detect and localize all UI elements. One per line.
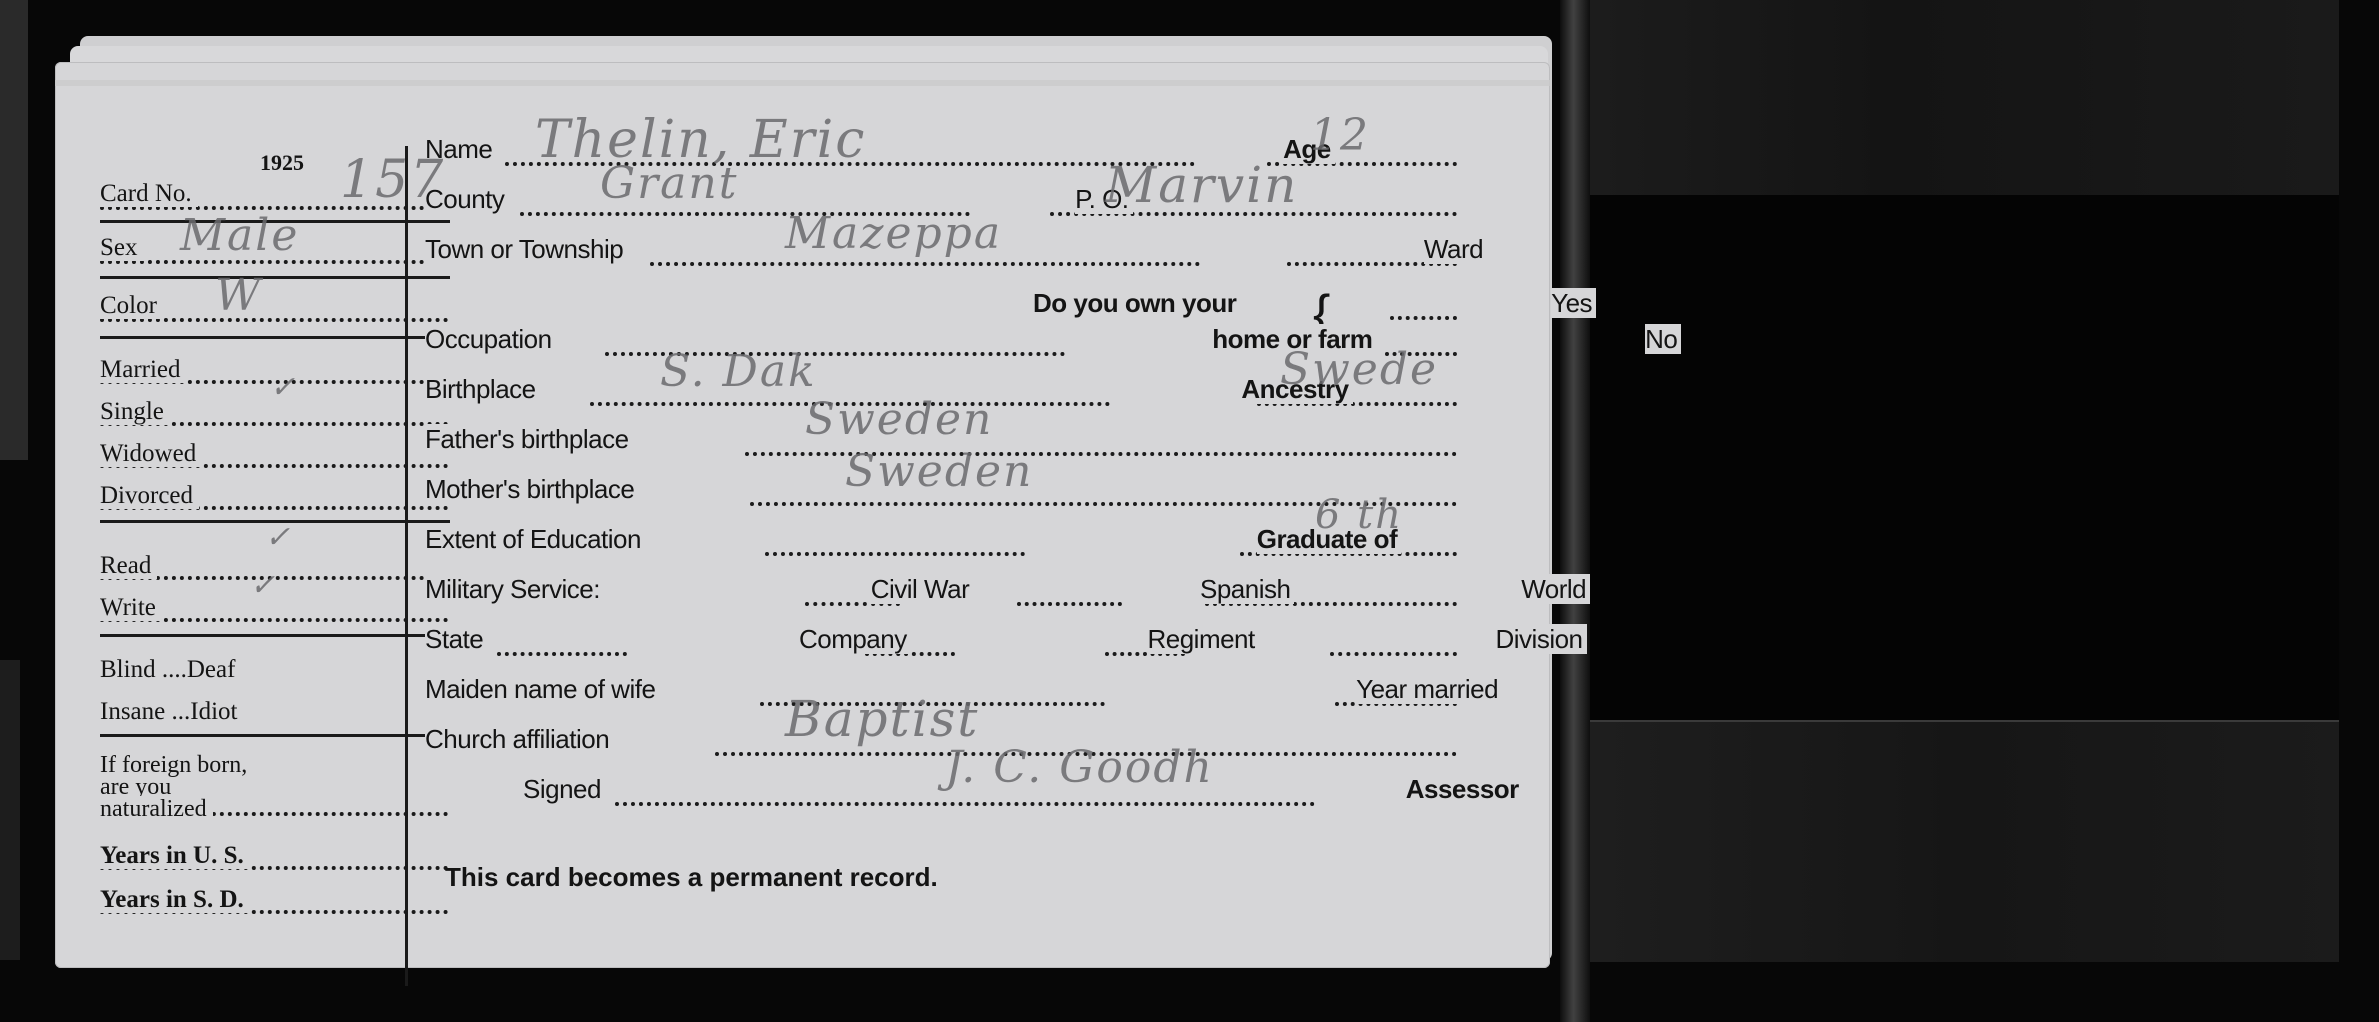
divorced-field: Divorced [100, 482, 448, 516]
divider [100, 734, 450, 737]
education-row: Extent of Education Graduate of [425, 524, 1465, 564]
year-married-label: Year married [1356, 674, 1502, 704]
assessor-signature: J. C. Goodh [945, 742, 1214, 793]
write-checkmark: ✓ [250, 568, 277, 603]
signed-label: Signed [523, 774, 605, 804]
mother-birthplace-label: Mother's birthplace [425, 474, 638, 504]
birthplace-label: Birthplace [425, 374, 540, 404]
world-label: World [1521, 574, 1590, 604]
permanent-record-notice: This card becomes a permanent record. [445, 862, 938, 893]
company-label: Company [799, 624, 911, 654]
father-birthplace-label: Father's birthplace [425, 424, 633, 454]
age-value: 12 [1310, 110, 1370, 161]
insane-idiot-field: Insane ...Idiot [100, 698, 448, 732]
left-edge-strip [0, 0, 28, 460]
own-home-row-1: Do you own your { Yes [425, 288, 1465, 328]
column-divider [405, 146, 408, 986]
divorced-label: Divorced [100, 482, 199, 509]
graduate-of-value: 6 th [1315, 492, 1403, 538]
sex-label: Sex [100, 234, 144, 261]
military-label: Military Service: [425, 574, 604, 604]
po-value: Marvin [1105, 156, 1298, 214]
married-label: Married [100, 356, 187, 383]
background-band-middle [1590, 195, 2339, 720]
state-company-row: State Company Regiment Division [425, 624, 1465, 664]
own-home-label: Do you own your [1033, 288, 1240, 318]
divider [100, 336, 450, 339]
spanish-label: Spanish [1200, 574, 1294, 604]
town-label: Town or Township [425, 234, 627, 264]
divider [100, 634, 450, 637]
years-sd-field: Years in S. D. [100, 886, 448, 920]
church-label: Church affiliation [425, 724, 613, 754]
county-value: Grant [600, 158, 738, 209]
background-band-lower [1590, 720, 2339, 962]
regiment-label: Regiment [1147, 624, 1258, 654]
church-value: Baptist [785, 690, 979, 748]
birthplace-value: S. Dak [660, 346, 817, 397]
insane-idiot-label: Insane ...Idiot [100, 698, 243, 725]
card-year: 1925 [260, 150, 304, 176]
ward-label: Ward [1424, 234, 1487, 264]
write-label: Write [100, 594, 162, 621]
father-birthplace-value: Sweden [805, 394, 993, 445]
assessor-label: Assessor [1406, 774, 1523, 804]
naturalized-label-1: If foreign born, [100, 754, 448, 776]
civil-war-label: Civil War [871, 574, 974, 604]
read-checkmark: ✓ [265, 520, 292, 555]
education-label: Extent of Education [425, 524, 645, 554]
widowed-field: Widowed [100, 440, 448, 474]
card-no-label: Card No. [100, 180, 198, 207]
own-home-yes: Yes [1551, 288, 1596, 318]
own-home-no: No [1645, 324, 1681, 354]
card-stack-edge [1560, 0, 1590, 1022]
maiden-name-label: Maiden name of wife [425, 674, 659, 704]
single-label: Single [100, 398, 170, 425]
naturalized-field: If foreign born, are you naturalized [100, 754, 448, 820]
years-sd-label: Years in S. D. [100, 886, 250, 913]
years-us-label: Years in U. S. [100, 842, 250, 869]
divider [100, 276, 450, 279]
card-no-value: 157 [340, 150, 445, 210]
state-label: State [425, 624, 487, 654]
division-label: Division [1495, 624, 1586, 654]
naturalized-label-2: are you [100, 776, 448, 798]
card-top-crease [55, 80, 1550, 86]
color-label: Color [100, 292, 163, 319]
blind-deaf-field: Blind ....Deaf [100, 656, 448, 690]
occupation-label: Occupation [425, 324, 556, 354]
ancestry-value: Swede [1280, 344, 1438, 395]
color-field: Color [100, 292, 448, 328]
military-row: Military Service: Civil War Spanish Worl… [425, 574, 1465, 614]
left-edge-strip-lower [0, 660, 20, 960]
blind-deaf-label: Blind ....Deaf [100, 656, 241, 683]
widowed-label: Widowed [100, 440, 202, 467]
color-value: W [215, 270, 262, 321]
sex-value: Male [180, 210, 299, 261]
census-card: 1925 Card No. 157 Sex Male Color W Marri… [55, 62, 1550, 968]
single-checkmark: ✓ [270, 370, 297, 405]
years-us-field: Years in U. S. [100, 842, 448, 876]
read-label: Read [100, 552, 157, 579]
naturalized-label-3: naturalized [100, 796, 213, 822]
town-value: Mazeppa [785, 208, 1002, 259]
background-band-top [1590, 0, 2339, 195]
mother-birthplace-value: Sweden [845, 446, 1033, 497]
